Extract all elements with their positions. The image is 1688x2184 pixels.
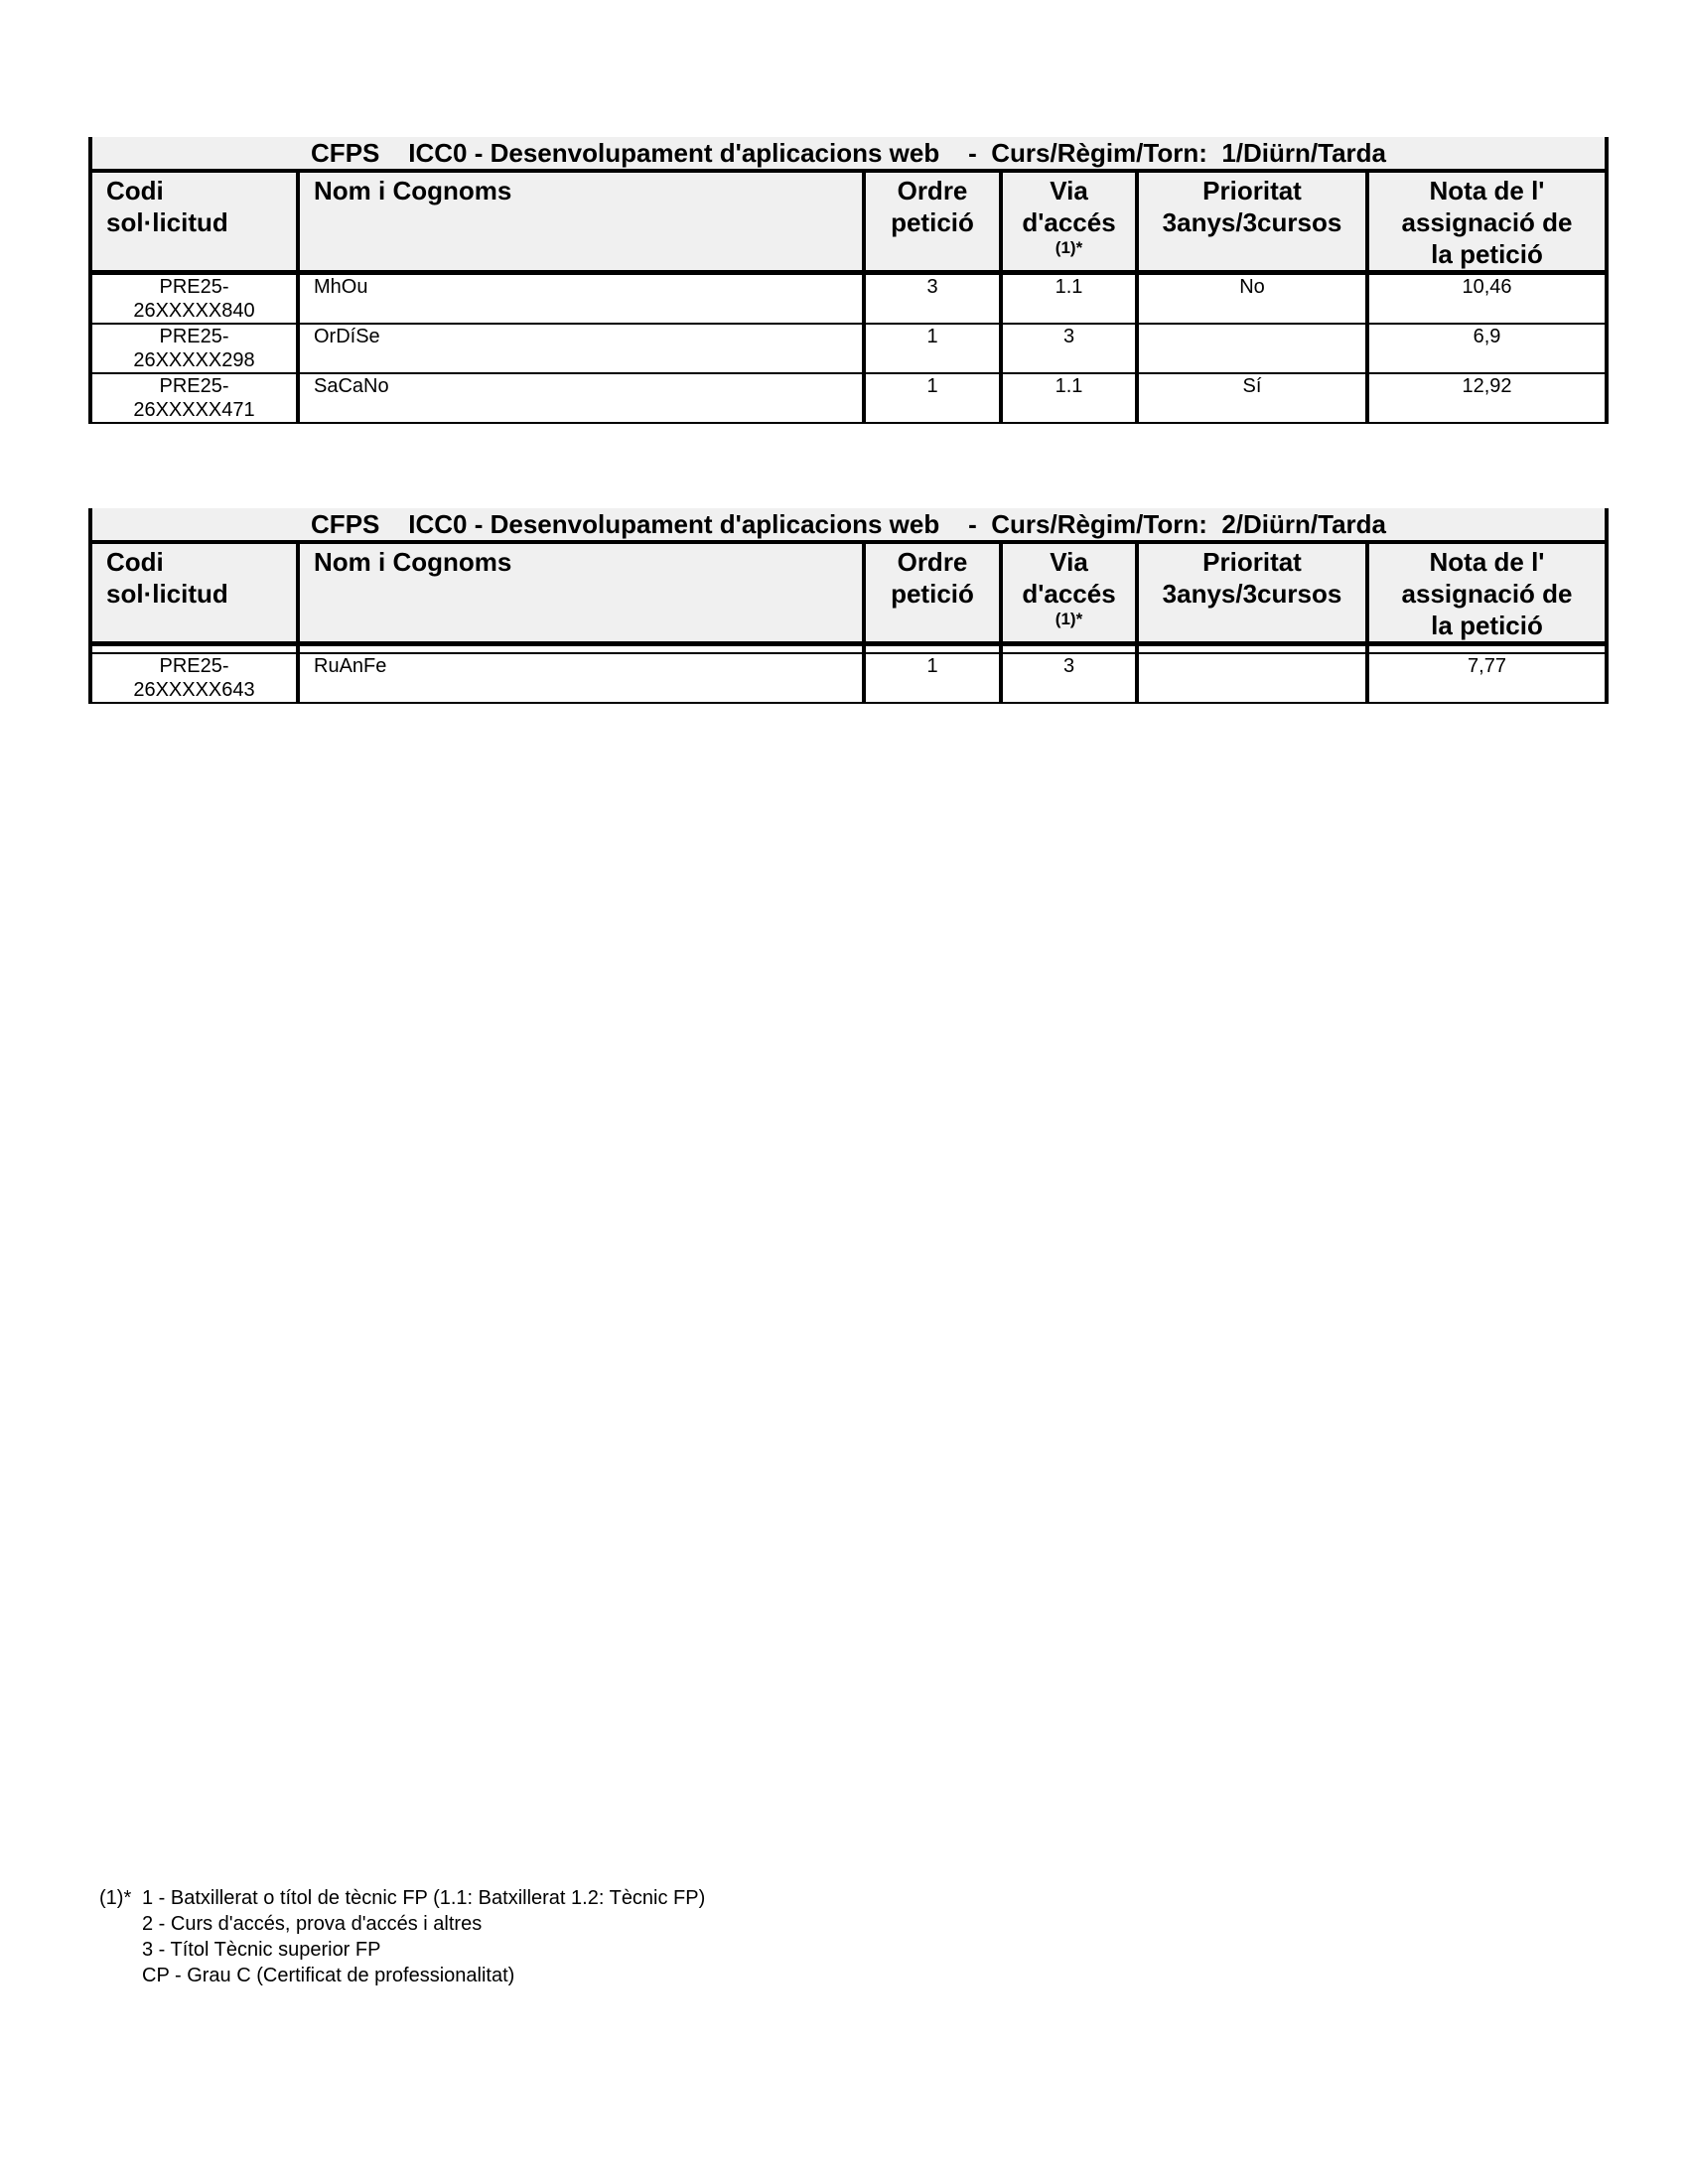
header-nom: Nom i Cognoms — [298, 171, 864, 273]
table-row: PRE25-26XXXXX840 MhOu 3 1.1 No 10,46 — [90, 273, 1607, 325]
footnote-marker: (1)* — [99, 1885, 142, 1911]
cell-nota: 12,92 — [1367, 373, 1607, 423]
cell-via: 3 — [1001, 324, 1137, 373]
header-via: Viad'accés(1)* — [1001, 171, 1137, 273]
table-row: PRE25-26XXXXX643 RuAnFe 1 3 7,77 — [90, 653, 1607, 703]
cell-nota: 7,77 — [1367, 653, 1607, 703]
assignment-table-1: CFPS ICC0 - Desenvolupament d'aplicacion… — [88, 137, 1605, 424]
table-title: CFPS ICC0 - Desenvolupament d'aplicacion… — [90, 508, 1607, 542]
cell-nom: RuAnFe — [298, 653, 864, 703]
cell-nom: MhOu — [298, 273, 864, 325]
header-nom: Nom i Cognoms — [298, 542, 864, 644]
header-nota: Nota de l'assignació dela petició — [1367, 171, 1607, 273]
cell-ordre: 1 — [864, 653, 1001, 703]
header-prioritat: Prioritat3anys/3cursos — [1137, 542, 1367, 644]
cell-prioritat: No — [1137, 273, 1367, 325]
header-via: Viad'accés(1)* — [1001, 542, 1137, 644]
cell-prioritat: Sí — [1137, 373, 1367, 423]
cell-codi: PRE25-26XXXXX643 — [90, 653, 298, 703]
cell-nom: OrDíSe — [298, 324, 864, 373]
cell-ordre: 1 — [864, 324, 1001, 373]
cell-ordre: 1 — [864, 373, 1001, 423]
column-header-row: Codisol·licitud Nom i Cognoms Ordrepetic… — [90, 542, 1607, 644]
cell-nota: 10,46 — [1367, 273, 1607, 325]
cell-nota: 6,9 — [1367, 324, 1607, 373]
table-row: PRE25-26XXXXX471 SaCaNo 1 1.1 Sí 12,92 — [90, 373, 1607, 423]
cell-codi: PRE25-26XXXXX840 — [90, 273, 298, 325]
assignment-table-2: CFPS ICC0 - Desenvolupament d'aplicacion… — [88, 508, 1605, 704]
header-nota: Nota de l'assignació dela petició — [1367, 542, 1607, 644]
header-prioritat: Prioritat3anys/3cursos — [1137, 171, 1367, 273]
footnote-line: (1)*1 - Batxillerat o títol de tècnic FP… — [99, 1885, 705, 1911]
footnote-line: CP - Grau C (Certificat de professionali… — [99, 1963, 705, 1988]
cell-via: 1.1 — [1001, 373, 1137, 423]
column-header-row: Codisol·licitud Nom i Cognoms Ordrepetic… — [90, 171, 1607, 273]
header-codi: Codisol·licitud — [90, 171, 298, 273]
table-row: PRE25-26XXXXX298 OrDíSe 1 3 6,9 — [90, 324, 1607, 373]
footnote-line: 3 - Títol Tècnic superior FP — [99, 1937, 705, 1963]
table-title: CFPS ICC0 - Desenvolupament d'aplicacion… — [90, 137, 1607, 171]
cell-codi: PRE25-26XXXXX471 — [90, 373, 298, 423]
header-ordre: Ordrepetició — [864, 542, 1001, 644]
cell-ordre: 3 — [864, 273, 1001, 325]
footnote-line: 2 - Curs d'accés, prova d'accés i altres — [99, 1911, 705, 1937]
header-ordre: Ordrepetició — [864, 171, 1001, 273]
footnote: (1)*1 - Batxillerat o títol de tècnic FP… — [99, 1885, 705, 1988]
header-codi: Codisol·licitud — [90, 542, 298, 644]
cell-via: 3 — [1001, 653, 1137, 703]
cell-codi: PRE25-26XXXXX298 — [90, 324, 298, 373]
row-separator — [90, 644, 1607, 654]
cell-nom: SaCaNo — [298, 373, 864, 423]
cell-prioritat — [1137, 653, 1367, 703]
cell-via: 1.1 — [1001, 273, 1137, 325]
cell-prioritat — [1137, 324, 1367, 373]
